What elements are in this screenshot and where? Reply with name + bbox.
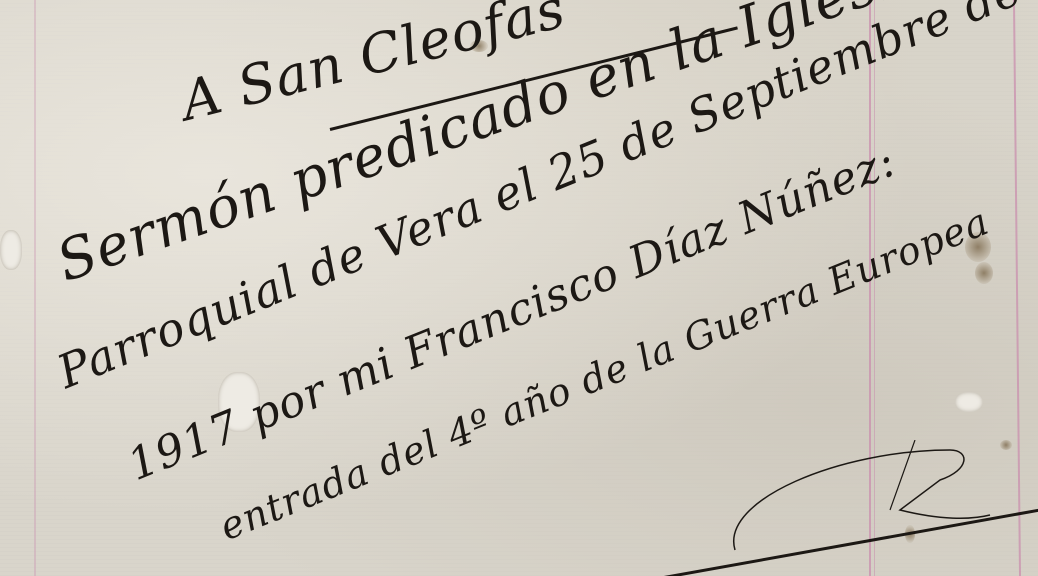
paper-hole	[0, 230, 22, 270]
margin-rule-left	[34, 0, 36, 576]
ink-stain	[975, 262, 993, 284]
signature-flourish	[640, 440, 1038, 576]
paper-hole	[955, 392, 983, 412]
